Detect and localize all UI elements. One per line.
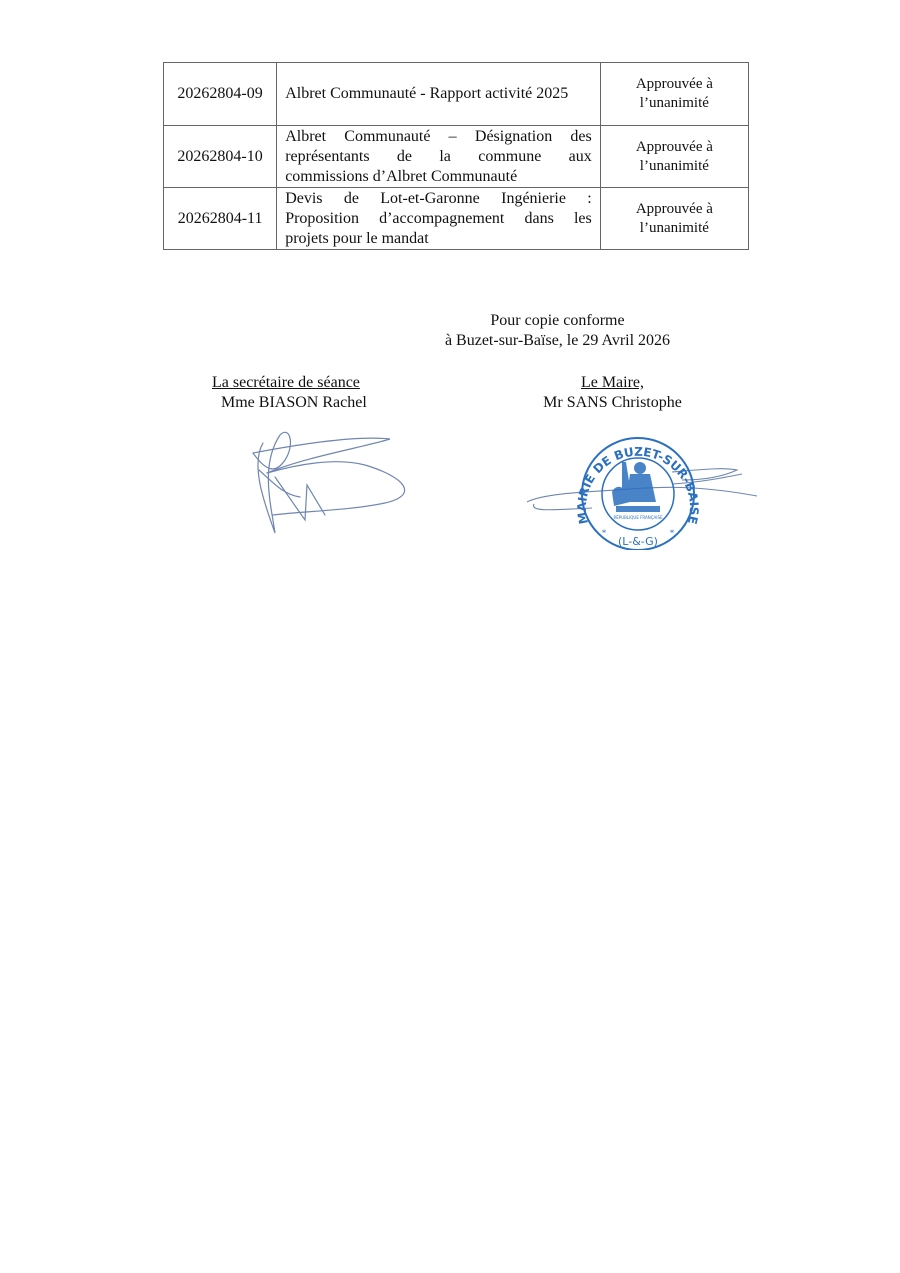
deliberation-object: Albret Communauté – Désignation des repr… — [277, 126, 601, 188]
object-line: représentants de la commune aux — [285, 147, 592, 167]
svg-text:RÉPUBLIQUE FRANÇAISE: RÉPUBLIQUE FRANÇAISE — [613, 515, 663, 520]
deliberation-number: 20262804-10 — [164, 126, 277, 188]
result-line: l’unanimité — [609, 94, 740, 113]
secretary-name: Mme BIASON Rachel — [212, 393, 367, 413]
mairie-stamp-icon: MAIRIE DE BUZET-SUR-BAISE (L-&-G) * * RÉ… — [522, 432, 762, 550]
document-page: 20262804-09 Albret Communauté - Rapport … — [0, 0, 900, 1273]
table-row: 20262804-10 Albret Communauté – Désignat… — [164, 126, 749, 188]
result-line: l’unanimité — [609, 157, 740, 176]
object-line: projets pour le mandat — [285, 229, 592, 249]
secretary-signature-icon — [245, 425, 415, 540]
mayor-signatory: Le Maire, Mr SANS Christophe — [520, 373, 705, 413]
mayor-title: Le Maire, — [520, 373, 705, 393]
result-line: Approuvée à — [609, 200, 740, 219]
deliberation-object: Albret Communauté - Rapport activité 202… — [277, 63, 601, 126]
svg-text:*: * — [602, 528, 607, 538]
deliberation-result: Approuvée à l’unanimité — [600, 188, 748, 250]
object-line: Albret Communauté – Désignation des — [285, 127, 592, 147]
svg-text:*: * — [670, 528, 675, 538]
secretary-signatory: La secrétaire de séance Mme BIASON Rache… — [212, 373, 367, 413]
object-line: Devis de Lot-et-Garonne Ingénierie : — [285, 189, 592, 209]
deliberations-table: 20262804-09 Albret Communauté - Rapport … — [163, 62, 749, 250]
object-line: Albret Communauté - Rapport activité 202… — [285, 84, 592, 104]
result-line: Approuvée à — [609, 75, 740, 94]
object-line: commissions d’Albret Communauté — [285, 167, 592, 187]
certification-place-date: à Buzet-sur-Baïse, le 29 Avril 2026 — [420, 331, 695, 351]
table-row: 20262804-11 Devis de Lot-et-Garonne Ingé… — [164, 188, 749, 250]
table-row: 20262804-09 Albret Communauté - Rapport … — [164, 63, 749, 126]
object-line: Proposition d’accompagnement dans les — [285, 209, 592, 229]
deliberation-number: 20262804-11 — [164, 188, 277, 250]
secretary-title: La secrétaire de séance — [212, 373, 367, 393]
deliberation-number: 20262804-09 — [164, 63, 277, 126]
mayor-name: Mr SANS Christophe — [520, 393, 705, 413]
certification-line: Pour copie conforme — [420, 311, 695, 331]
deliberation-result: Approuvée à l’unanimité — [600, 63, 748, 126]
svg-text:(L-&-G): (L-&-G) — [618, 535, 658, 548]
certification-block: Pour copie conforme à Buzet-sur-Baïse, l… — [420, 311, 695, 351]
result-line: Approuvée à — [609, 138, 740, 157]
deliberation-result: Approuvée à l’unanimité — [600, 126, 748, 188]
result-line: l’unanimité — [609, 219, 740, 238]
deliberation-object: Devis de Lot-et-Garonne Ingénierie : Pro… — [277, 188, 601, 250]
